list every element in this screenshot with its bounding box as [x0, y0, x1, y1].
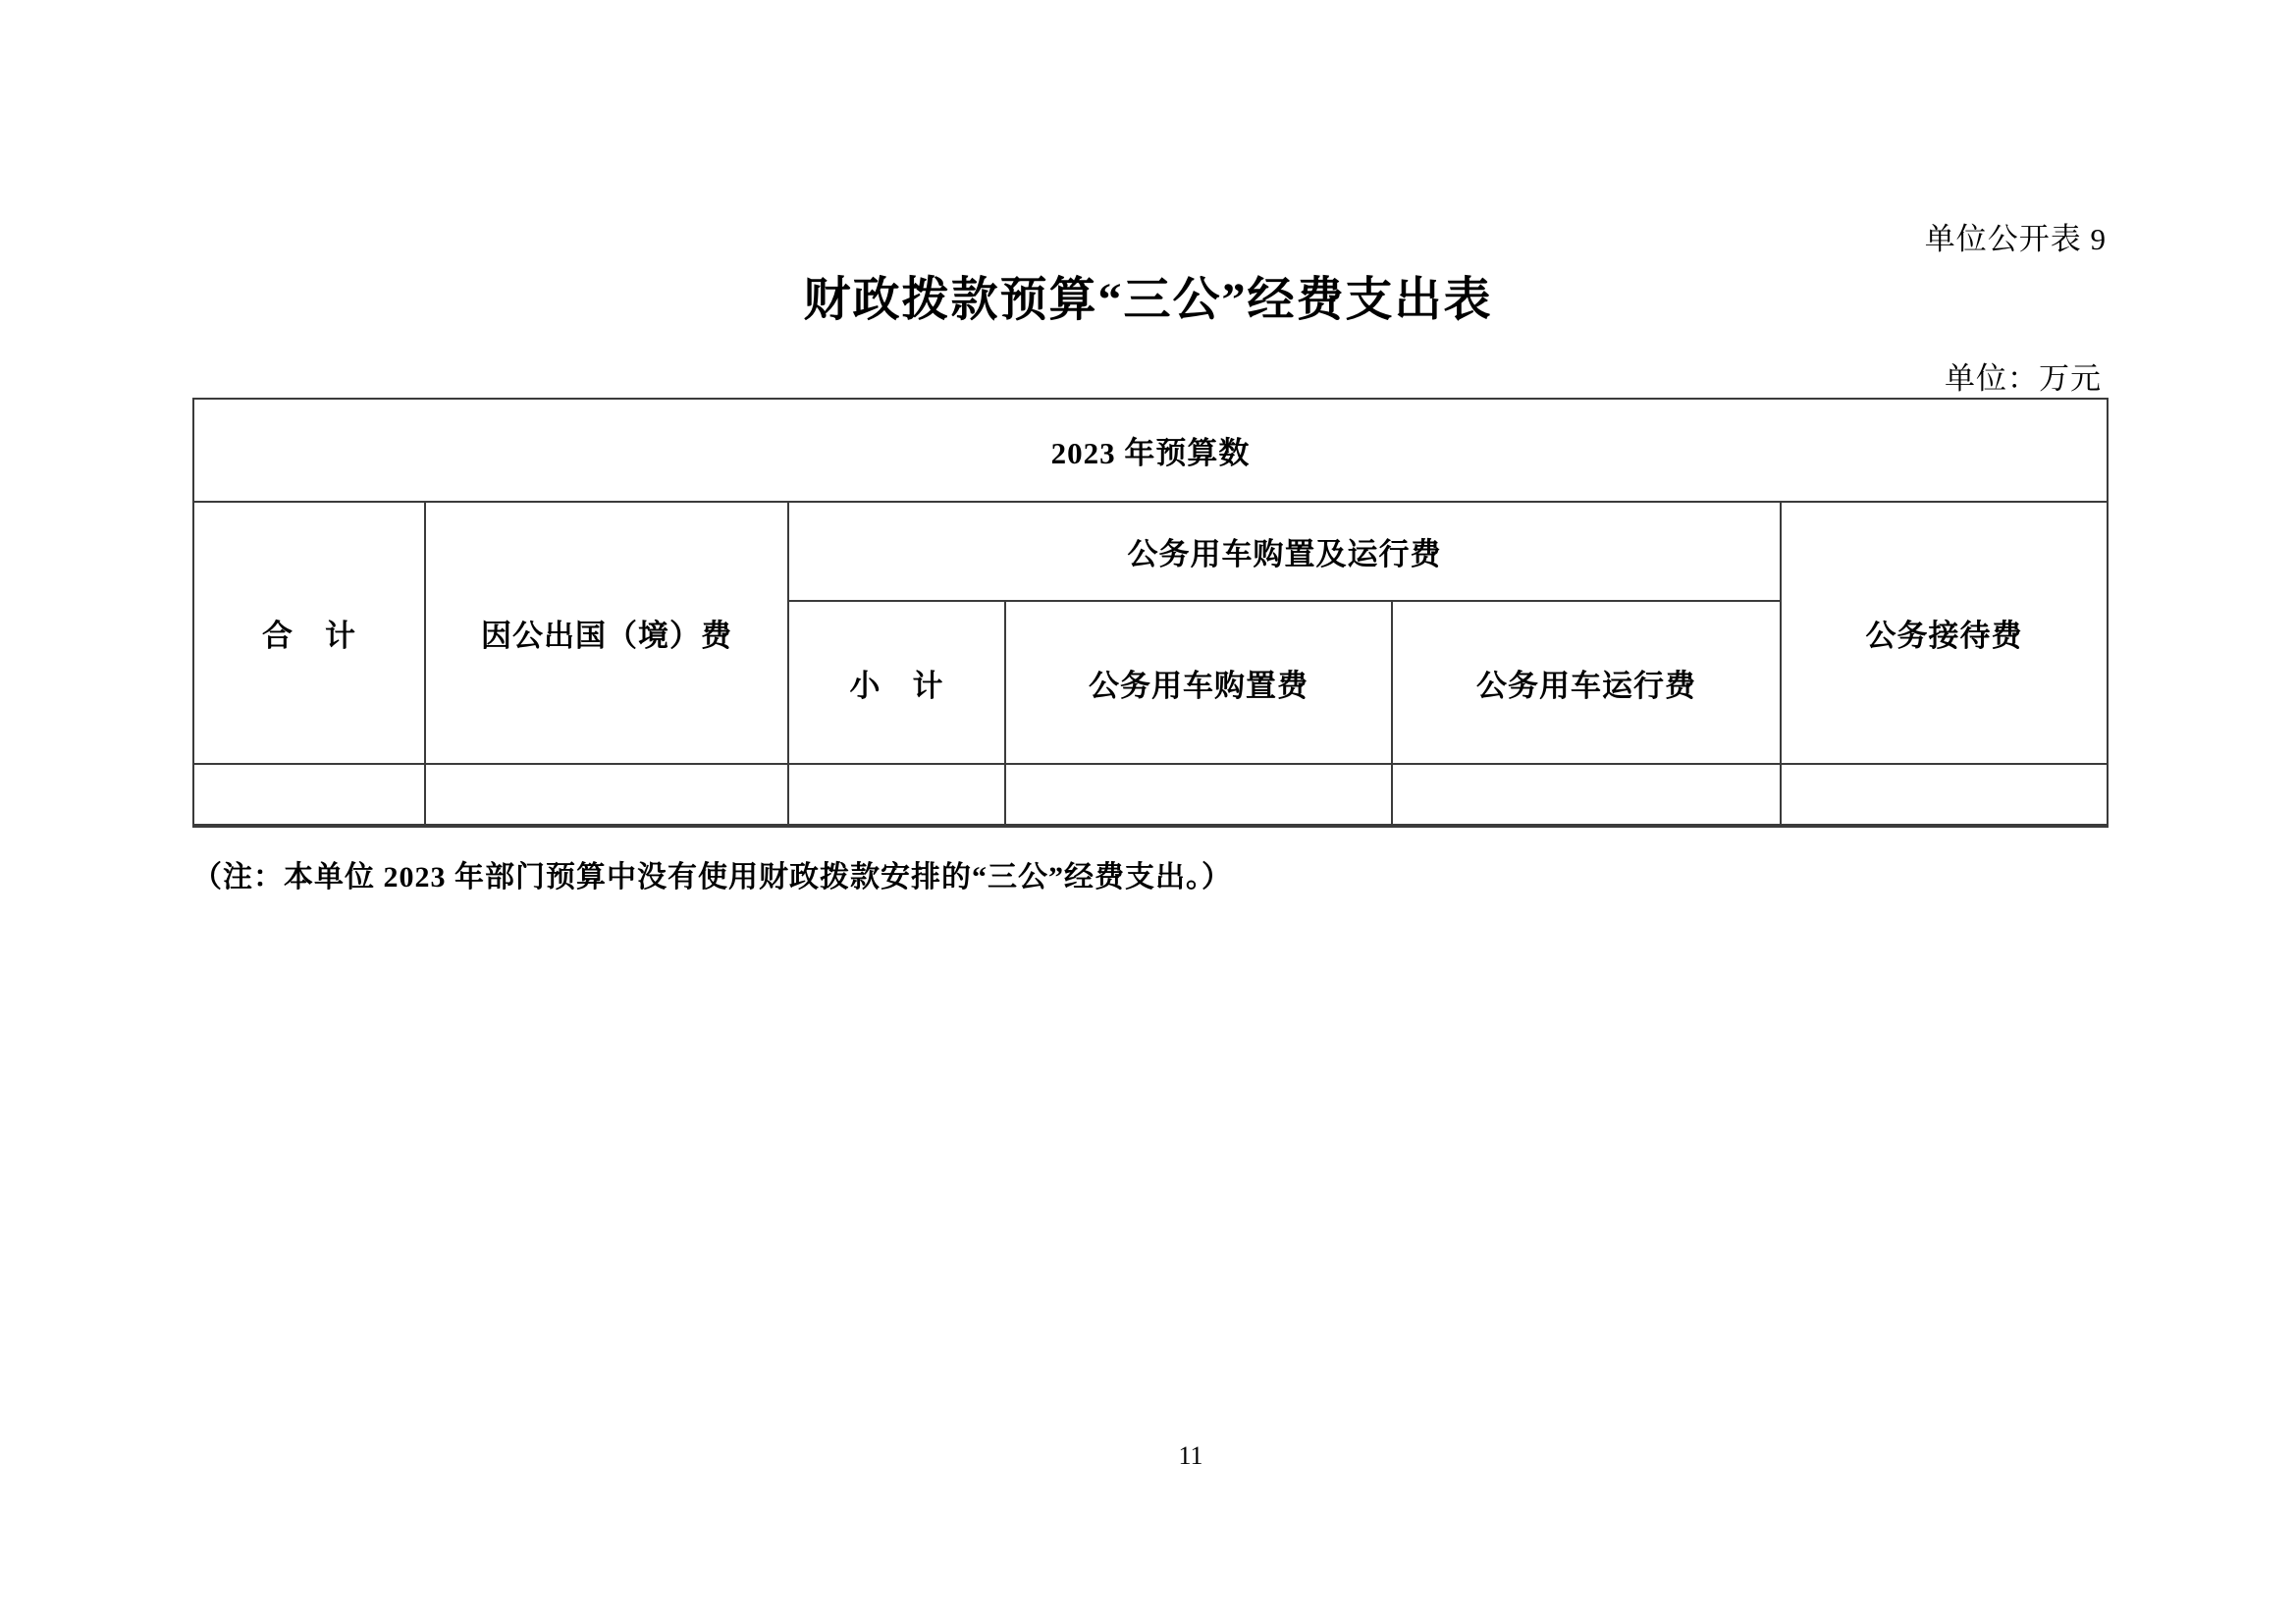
vehicle-purchase-header-cell: 公务用车购置费	[1005, 601, 1392, 764]
table-row-values	[193, 764, 2108, 826]
total-value-cell	[193, 764, 425, 826]
reception-value-cell	[1781, 764, 2108, 826]
table-row-group-header: 合 计 因公出国（境）费 公务用车购置及运行费 公务接待费	[193, 502, 2108, 601]
vehicle-operation-value-cell	[1392, 764, 1781, 826]
abroad-value-cell	[425, 764, 788, 826]
document-page: 单位公开表 9 财政拨款预算“三公”经费支出表 单位：万元 2023 年预算数 …	[0, 0, 2296, 1624]
vehicle-group-header-cell: 公务用车购置及运行费	[788, 502, 1781, 601]
vehicle-purchase-value-cell	[1005, 764, 1392, 826]
year-budget-header-cell: 2023 年预算数	[193, 399, 2108, 502]
reception-expense-header-cell: 公务接待费	[1781, 502, 2108, 764]
table-row-year-header: 2023 年预算数	[193, 399, 2108, 502]
page-title: 财政拨款预算“三公”经费支出表	[0, 261, 2296, 329]
page-number: 11	[1178, 1441, 1202, 1471]
total-column-header-cell: 合 计	[193, 502, 425, 764]
budget-table: 2023 年预算数 合 计 因公出国（境）费 公务用车购置及运行费 公务接待费 …	[192, 398, 2109, 828]
doc-sheet-label: 单位公开表 9	[1925, 214, 2107, 258]
abroad-expense-header-cell: 因公出国（境）费	[425, 502, 788, 764]
table-footnote: （注：本单位 2023 年部门预算中没有使用财政拨款安排的“三公”经费支出。）	[192, 852, 1232, 895]
vehicle-subtotal-value-cell	[788, 764, 1005, 826]
unit-of-measure-label: 单位：万元	[1945, 353, 2102, 398]
vehicle-subtotal-header-cell: 小 计	[788, 601, 1005, 764]
vehicle-operation-header-cell: 公务用车运行费	[1392, 601, 1781, 764]
